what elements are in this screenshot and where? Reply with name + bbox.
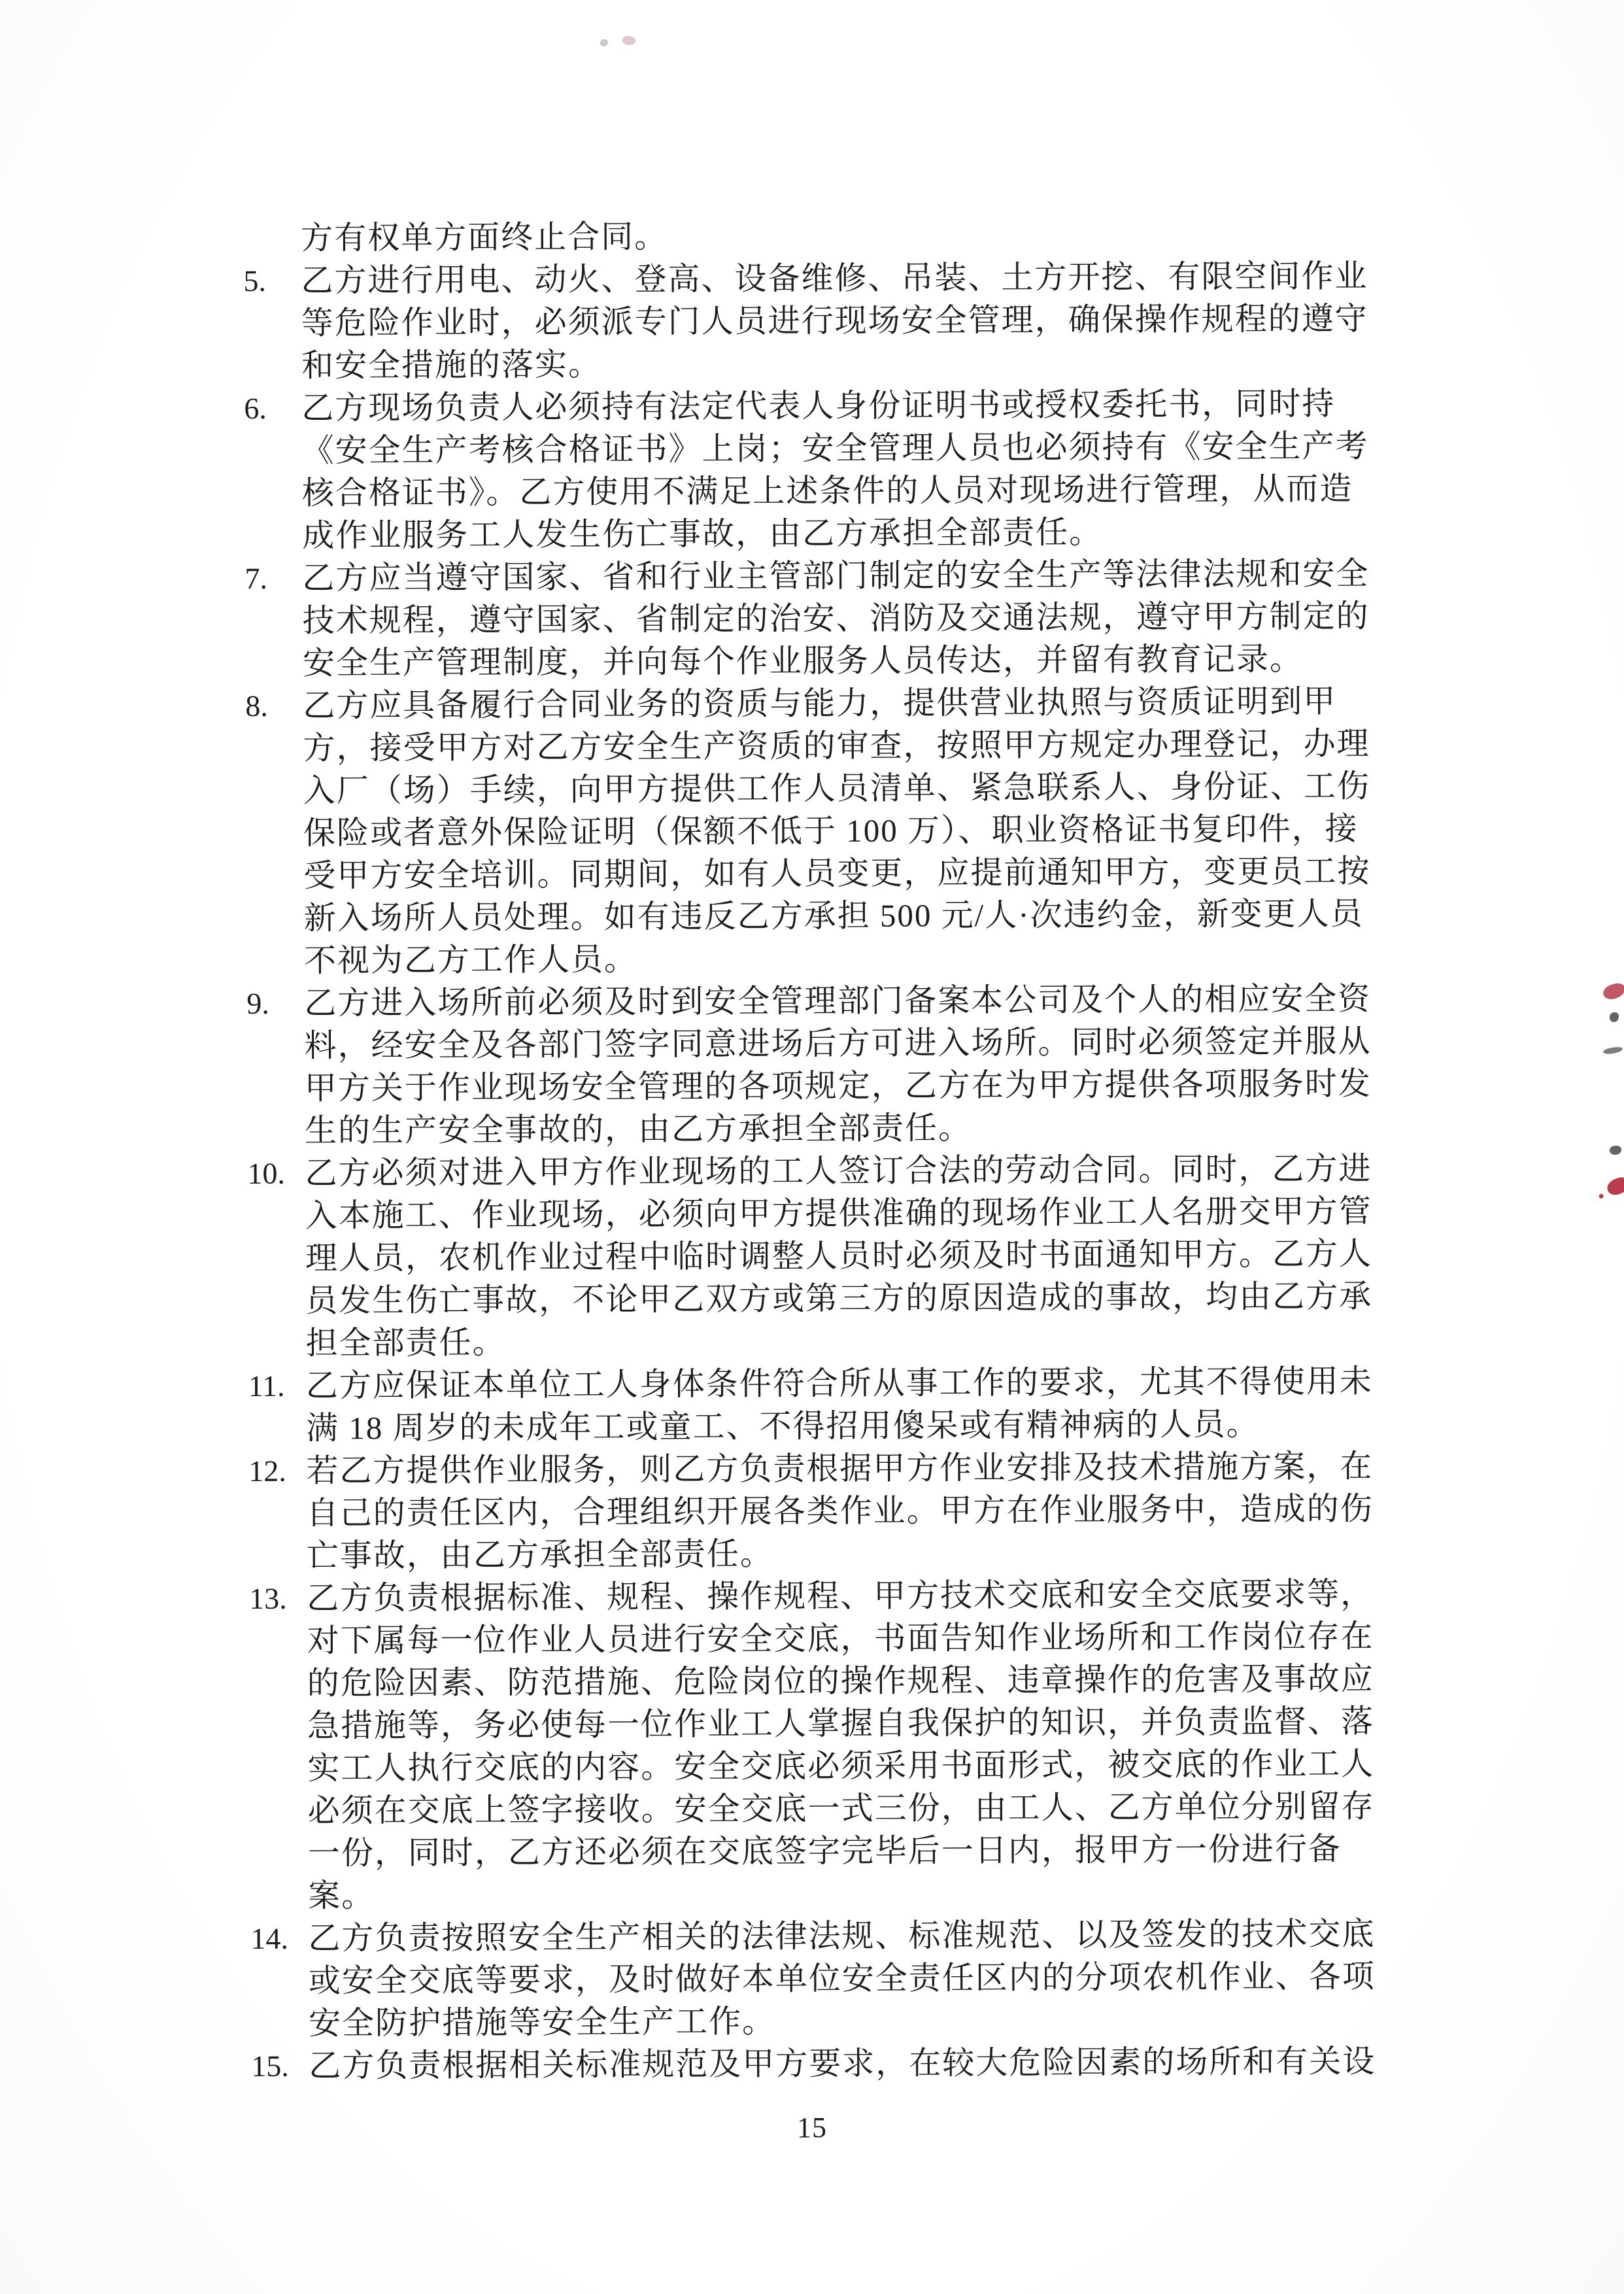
clause-line: 员发生伤亡事故，不论甲乙双方或第三方的原因造成的事故，均由乙方承 [305, 1275, 1372, 1322]
clause-line: 乙方进入场所前必须及时到安全管理部门备案本公司及个人的相应安全资 [304, 977, 1371, 1024]
clause-line: 必须在交底上签字接收。安全交底一式三份，由工人、乙方单位分别留存 [307, 1785, 1374, 1832]
clause-line: 案。 [308, 1870, 1375, 1917]
clause-line: 担全部责任。 [305, 1317, 1372, 1364]
clause-line: 急措施等，务必使每一位作业工人掌握自我保护的知识，并负责监督、落 [307, 1700, 1374, 1747]
clause-lines: 乙方应保证本单位工人身体条件符合所从事工作的要求，尤其不得使用未满 18 周岁的… [306, 1360, 1374, 1449]
clause-lines: 若乙方提供作业服务，则乙方负责根据甲方作业安排及技术措施方案，在自己的责任区内，… [306, 1445, 1374, 1577]
clause-line: 生的生产安全事故的，由乙方承担全部责任。 [305, 1104, 1372, 1152]
clause-line: 实工人执行交底的内容。安全交底必须采用书面形式，被交底的作业工人 [307, 1742, 1374, 1789]
clause-lines: 乙方进入场所前必须及时到安全管理部门备案本公司及个人的相应安全资料，经安全及各部… [304, 977, 1372, 1152]
contract-clause: 9. 乙方进入场所前必须及时到安全管理部门备案本公司及个人的相应安全资料，经安全… [246, 977, 1424, 1152]
contract-clause: 12. 若乙方提供作业服务，则乙方负责根据甲方作业安排及技术措施方案，在自己的责… [248, 1445, 1426, 1577]
clause-line: 若乙方提供作业服务，则乙方负责根据甲方作业安排及技术措施方案，在 [306, 1445, 1373, 1492]
contract-clause: 7. 乙方应当遵守国家、省和行业主管部门制定的安全生产等法律法规和安全技术规程，… [245, 552, 1422, 685]
scanned-contract-page: 方有权单方面终止合同。 5. 乙方进行用电、动火、登高、设备维修、吊装、土方开挖… [0, 0, 1624, 2294]
contract-clause: 8. 乙方应具备履行合同业务的资质与能力，提供营业执照与资质证明到甲方，接受甲方… [245, 679, 1423, 982]
clause-line: 的危险因素、防范措施、危险岗位的操作规程、违章操作的危害及事故应 [307, 1657, 1374, 1704]
clause-line: 安全防护措施等安全生产工作。 [309, 1997, 1376, 2044]
clause-line: 乙方负责按照安全生产相关的法律法规、标准规范、以及签发的技术交底 [308, 1912, 1375, 1959]
clause-line: 对下属每一位作业人员进行安全交底，书面告知作业场所和工作岗位存在 [307, 1615, 1374, 1662]
clause-number: 7. [245, 557, 302, 600]
clause-line: 入本施工、作业现场，必须向甲方提供准确的现场作业工人名册交甲方管 [305, 1190, 1372, 1237]
clause-line: 《安全生产考核合格证书》上岗；安全管理人员也必须持有《安全生产考 [301, 424, 1368, 471]
red-stain-mark [1605, 1175, 1624, 1197]
clause-line: 自己的责任区内，合理组织开展各类作业。甲方在作业服务中，造成的伤 [307, 1487, 1374, 1534]
clause-lines: 乙方必须对进入甲方作业现场的工人签订合法的劳动合同。同时，乙方进入本施工、作业现… [305, 1147, 1372, 1364]
contract-clause: 14. 乙方负责按照安全生产相关的法律法规、标准规范、以及签发的技术交底或安全交… [250, 1912, 1428, 2045]
clause-line: 乙方必须对进入甲方作业现场的工人签订合法的劳动合同。同时，乙方进 [305, 1147, 1372, 1194]
clause-line: 入厂（场）手续，向甲方提供工作人员清单、紧急联系人、身份证、工伤 [303, 764, 1370, 812]
clause-number: 6. [244, 387, 301, 430]
clause-lines: 乙方现场负责人必须持有法定代表人身份证明书或授权委托书，同时持《安全生产考核合格… [301, 382, 1369, 556]
clause-number: 15. [251, 2045, 309, 2087]
clause-line: 乙方应当遵守国家、省和行业主管部门制定的安全生产等法律法规和安全 [302, 552, 1369, 599]
clause-line: 理人员，农机作业过程中临时调整人员时必须及时书面通知甲方。乙方人 [305, 1232, 1372, 1279]
clause-number: 13. [249, 1577, 307, 1620]
contract-clause: 13. 乙方负责根据标准、规程、操作规程、甲方技术交底和安全交底要求等，对下属每… [249, 1572, 1427, 1917]
contract-clause: 11. 乙方应保证本单位工人身体条件符合所从事工作的要求，尤其不得使用未满 18… [248, 1360, 1426, 1450]
clause-line: 保险或者意外保险证明（保额不低于 100 万）、职业资格证书复印件，接 [303, 807, 1370, 854]
clause-line: 成作业服务工人发生伤亡事故，由乙方承担全部责任。 [302, 509, 1369, 556]
clause-line: 新入场所人员处理。如有违反乙方承担 500 元/人·次违约金，新变更人员 [304, 892, 1371, 939]
clause-lines: 乙方负责按照安全生产相关的法律法规、标准规范、以及签发的技术交底或安全交底等要求… [308, 1912, 1376, 2044]
clause-line: 等危险作业时，必须派专门人员进行现场安全管理，确保操作规程的遵守 [301, 297, 1368, 344]
ink-speck [1610, 1012, 1619, 1022]
clause-continuation-line: 方有权单方面终止合同。 [301, 212, 1420, 259]
clause-line: 乙方应具备履行合同业务的资质与能力，提供营业执照与资质证明到甲 [303, 679, 1370, 727]
clause-line: 乙方负责根据标准、规程、操作规程、甲方技术交底和安全交底要求等， [307, 1572, 1374, 1619]
contract-clause: 6. 乙方现场负责人必须持有法定代表人身份证明书或授权委托书，同时持《安全生产考… [244, 382, 1421, 557]
clause-number: 11. [248, 1365, 306, 1407]
clause-line: 一份，同时，乙方还必须在交底签字完毕后一日内，报甲方一份进行备 [308, 1827, 1375, 1874]
clause-line: 乙方负责根据相关标准规范及甲方要求，在较大危险因素的场所和有关设 [309, 2040, 1376, 2087]
clause-line: 满 18 周岁的未成年工或童工、不得招用傻呆或有精神病的人员。 [306, 1402, 1373, 1449]
ink-speck [1610, 1146, 1621, 1155]
clause-number: 9. [246, 982, 304, 1025]
clause-number: 8. [245, 685, 303, 727]
clause-line: 方，接受甲方对乙方安全生产资质的审查，按照甲方规定办理登记，办理 [303, 722, 1370, 769]
contract-clause: 5. 乙方进行用电、动火、登高、设备维修、吊装、土方开挖、有限空间作业等危险作业… [243, 254, 1421, 387]
contract-clause: 10. 乙方必须对进入甲方作业现场的工人签订合法的劳动合同。同时，乙方进入本施工… [247, 1147, 1425, 1365]
clause-line: 技术规程，遵守国家、省制定的治安、消防及交通法规，遵守甲方制定的 [303, 594, 1370, 642]
clause-line: 乙方进行用电、动火、登高、设备维修、吊装、土方开挖、有限空间作业 [301, 254, 1368, 301]
clause-number: 14. [250, 1917, 308, 1960]
clause-line: 安全生产管理制度，并向每个作业服务人员传达，并留有教育记录。 [303, 637, 1370, 684]
clause-list: 5. 乙方进行用电、动火、登高、设备维修、吊装、土方开挖、有限空间作业等危险作业… [243, 254, 1428, 2087]
clause-number: 10. [247, 1152, 305, 1195]
clause-lines: 乙方负责根据相关标准规范及甲方要求，在较大危险因素的场所和有关设 [309, 2040, 1376, 2087]
clause-line: 乙方应保证本单位工人身体条件符合所从事工作的要求，尤其不得使用未 [306, 1360, 1373, 1407]
clause-number: 12. [248, 1450, 306, 1492]
clause-lines: 乙方应当遵守国家、省和行业主管部门制定的安全生产等法律法规和安全技术规程，遵守国… [302, 552, 1370, 684]
clause-lines: 乙方负责根据标准、规程、操作规程、甲方技术交底和安全交底要求等，对下属每一位作业… [307, 1572, 1375, 1917]
clause-line: 乙方现场负责人必须持有法定代表人身份证明书或授权委托书，同时持 [301, 382, 1368, 429]
clause-number: 5. [243, 260, 301, 302]
page-number: 15 [0, 2111, 1624, 2144]
scan-speck [622, 35, 636, 46]
clause-line: 核合格证书》。乙方使用不满足上述条件的人员对现场进行管理，从而造 [302, 467, 1369, 514]
clause-lines: 乙方应具备履行合同业务的资质与能力，提供营业执照与资质证明到甲方，接受甲方对乙方… [303, 679, 1371, 982]
contract-body: 方有权单方面终止合同。 5. 乙方进行用电、动火、登高、设备维修、吊装、土方开挖… [243, 212, 1428, 2087]
clause-line: 受甲方安全培训。同期间，如有人员变更，应提前通知甲方，变更员工按 [303, 849, 1370, 897]
clause-line: 甲方关于作业现场安全管理的各项规定，乙方在为甲方提供各项服务时发 [305, 1062, 1372, 1109]
scan-speck [600, 39, 608, 46]
clause-line: 不视为乙方工作人员。 [304, 934, 1371, 982]
clause-line: 和安全措施的落实。 [301, 339, 1368, 386]
contract-clause: 15. 乙方负责根据相关标准规范及甲方要求，在较大危险因素的场所和有关设 [251, 2040, 1428, 2087]
red-stain-mark [1602, 982, 1624, 1001]
clause-lines: 乙方进行用电、动火、登高、设备维修、吊装、土方开挖、有限空间作业等危险作业时，必… [301, 254, 1368, 386]
ink-speck [1603, 1046, 1623, 1055]
clause-line: 亡事故，由乙方承担全部责任。 [307, 1530, 1374, 1577]
clause-line: 料，经安全及各部门签字同意进场后方可进入场所。同时必须签定并服从 [304, 1019, 1371, 1067]
clause-line: 或安全交底等要求，及时做好本单位安全责任区内的分项农机作业、各项 [309, 1955, 1376, 2002]
